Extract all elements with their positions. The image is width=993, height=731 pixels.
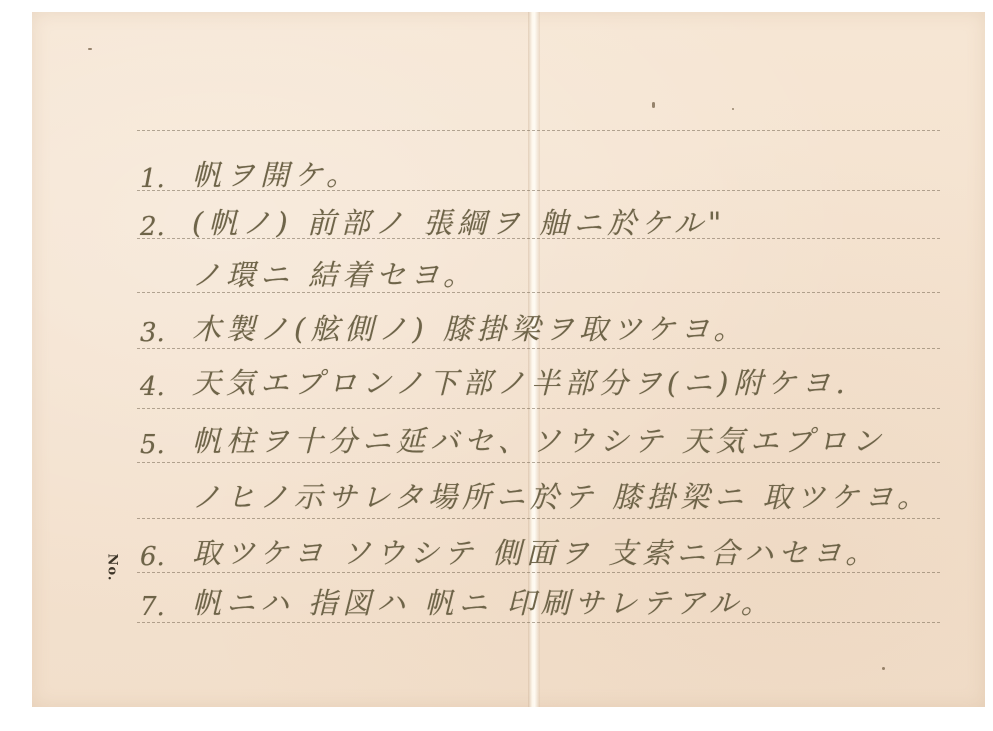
instruction-line-6: 6. 取ツケヨ ソウシテ 側面ヲ 支索ニ合ハセヨ。: [140, 528, 945, 572]
line-text: ノ環ニ 結着セヨ。: [192, 253, 477, 294]
line-text: 帆ニハ 指図ハ 帆ニ 印刷サレテアル。: [192, 581, 775, 622]
line-text: 帆ヲ開ケ。: [192, 153, 360, 194]
line-number: 6.: [140, 542, 192, 572]
line-text: ノヒノ示サレタ場所ニ於テ 膝掛梁ニ 取ツケヨ。: [192, 475, 931, 516]
ruled-line: [137, 130, 940, 131]
line-number: 7.: [140, 592, 192, 622]
line-number: 5.: [140, 430, 192, 460]
line-number: 3.: [140, 318, 192, 348]
ruled-line: [137, 462, 940, 463]
ruled-line: [137, 518, 940, 519]
instruction-line-3: 3. 木製ノ(舷側ノ) 膝掛梁ヲ取ツケヨ。: [140, 304, 945, 348]
instruction-line-2: 2. (帆ノ) 前部ノ 張綱ヲ 舳ニ於ケル": [140, 198, 945, 242]
ruled-line: [137, 348, 940, 349]
instruction-line-4: 4. 天気エプロンノ下部ノ半部分ヲ(ニ)附ケヨ.: [140, 358, 945, 402]
paper-speck: [88, 48, 92, 50]
line-text: 帆柱ヲ十分ニ延バセ、ソウシテ 天気エプロン: [192, 419, 886, 460]
instruction-line-5: 5. 帆柱ヲ十分ニ延バセ、ソウシテ 天気エプロン: [140, 416, 945, 460]
line-text: 木製ノ(舷側ノ) 膝掛梁ヲ取ツケヨ。: [192, 307, 747, 348]
paper-speck: [652, 102, 655, 108]
line-number: 4.: [140, 372, 192, 402]
paper-speck: [882, 667, 885, 670]
printed-number-mark: No.: [104, 554, 119, 582]
line-number: 1.: [140, 164, 192, 194]
instruction-line-2-continued: ノ環ニ 結着セヨ。: [140, 250, 945, 294]
line-text: (帆ノ) 前部ノ 張綱ヲ 舳ニ於ケル": [192, 201, 726, 242]
instruction-line-5-continued: ノヒノ示サレタ場所ニ於テ 膝掛梁ニ 取ツケヨ。: [140, 472, 945, 516]
line-text: 取ツケヨ ソウシテ 側面ヲ 支索ニ合ハセヨ。: [192, 531, 879, 572]
paper-speck: [732, 108, 734, 110]
line-text: 天気エプロンノ下部ノ半部分ヲ(ニ)附ケヨ.: [192, 361, 850, 402]
paper-sheet: 1. 帆ヲ開ケ。 2. (帆ノ) 前部ノ 張綱ヲ 舳ニ於ケル" ノ環ニ 結着セヨ…: [32, 12, 985, 707]
instruction-line-7: 7. 帆ニハ 指図ハ 帆ニ 印刷サレテアル。: [140, 578, 945, 622]
ruled-line: [137, 408, 940, 409]
instruction-line-1: 1. 帆ヲ開ケ。: [140, 150, 945, 194]
ruled-line: [137, 622, 940, 623]
ruled-line: [137, 572, 940, 573]
line-number: 2.: [140, 212, 192, 242]
